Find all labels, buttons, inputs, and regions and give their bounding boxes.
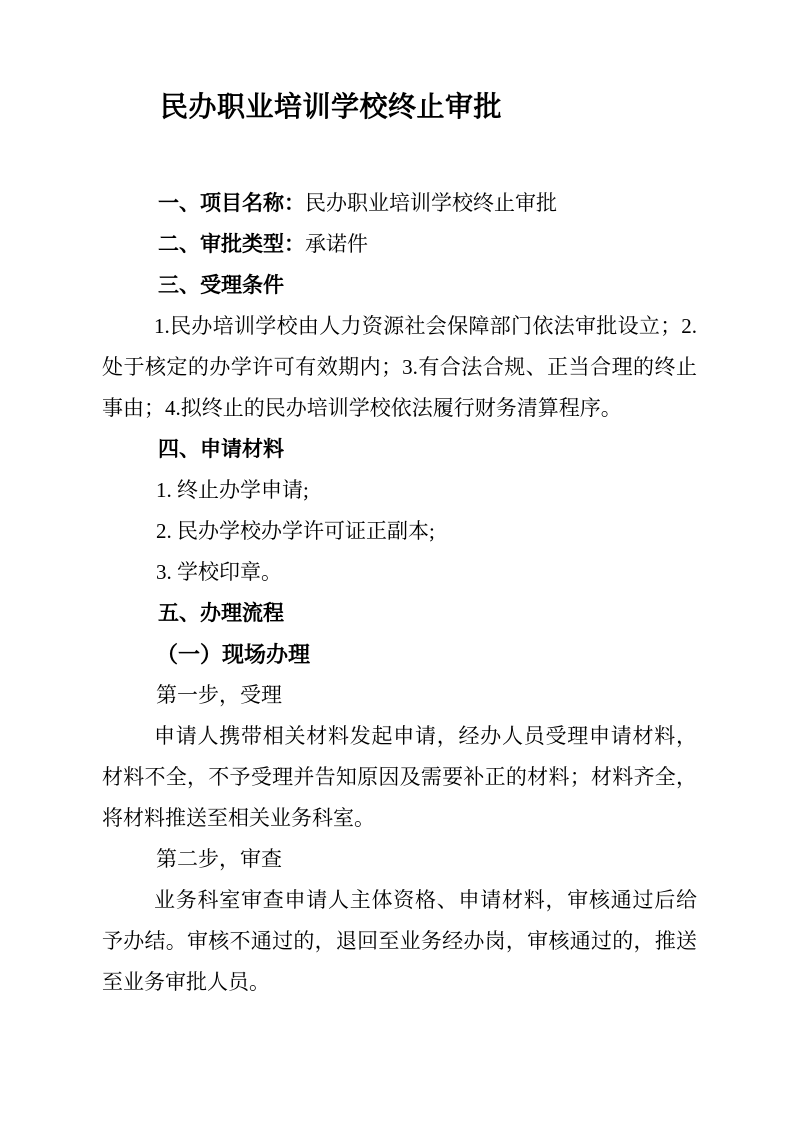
step-2-description: 业务科室审查申请人主体资格、申请材料，审核通过后给予办结。审核不通过的，退回至业… (102, 880, 697, 1003)
section-heading-process: 五、办理流程 (158, 593, 697, 634)
field-approval-type: 二、审批类型：承诺件 (158, 224, 697, 265)
acceptance-conditions-text: 1.民办培训学校由人力资源社会保障部门依法审批设立；2.处于核定的办学许可有效期… (102, 306, 697, 429)
step-1-title: 第一步，受理 (156, 675, 697, 716)
field-approval-type-value: 承诺件 (305, 232, 368, 256)
step-1-description: 申请人携带相关材料发起申请，经办人员受理申请材料，材料不全，不予受理并告知原因及… (102, 716, 697, 839)
document-title: 民办职业培训学校终止审批 (160, 90, 697, 124)
field-project-name-value: 民办职业培训学校终止审批 (305, 191, 557, 215)
section-heading-acceptance-conditions: 三、受理条件 (158, 265, 697, 306)
material-item-3: 3. 学校印章。 (156, 552, 697, 593)
step-2-title: 第二步，审查 (156, 839, 697, 880)
material-item-2: 2. 民办学校办学许可证正副本; (156, 511, 697, 552)
field-project-name: 一、项目名称：民办职业培训学校终止审批 (158, 183, 697, 224)
section-heading-application-materials: 四、申请材料 (158, 429, 697, 470)
field-approval-type-label: 二、审批类型： (158, 233, 305, 256)
subsection-onsite-processing: （一）现场办理 (156, 634, 697, 675)
material-item-1: 1. 终止办学申请; (156, 470, 697, 511)
field-project-name-label: 一、项目名称： (158, 192, 305, 215)
document-page: 民办职业培训学校终止审批 一、项目名称：民办职业培训学校终止审批 二、审批类型：… (0, 0, 793, 1122)
